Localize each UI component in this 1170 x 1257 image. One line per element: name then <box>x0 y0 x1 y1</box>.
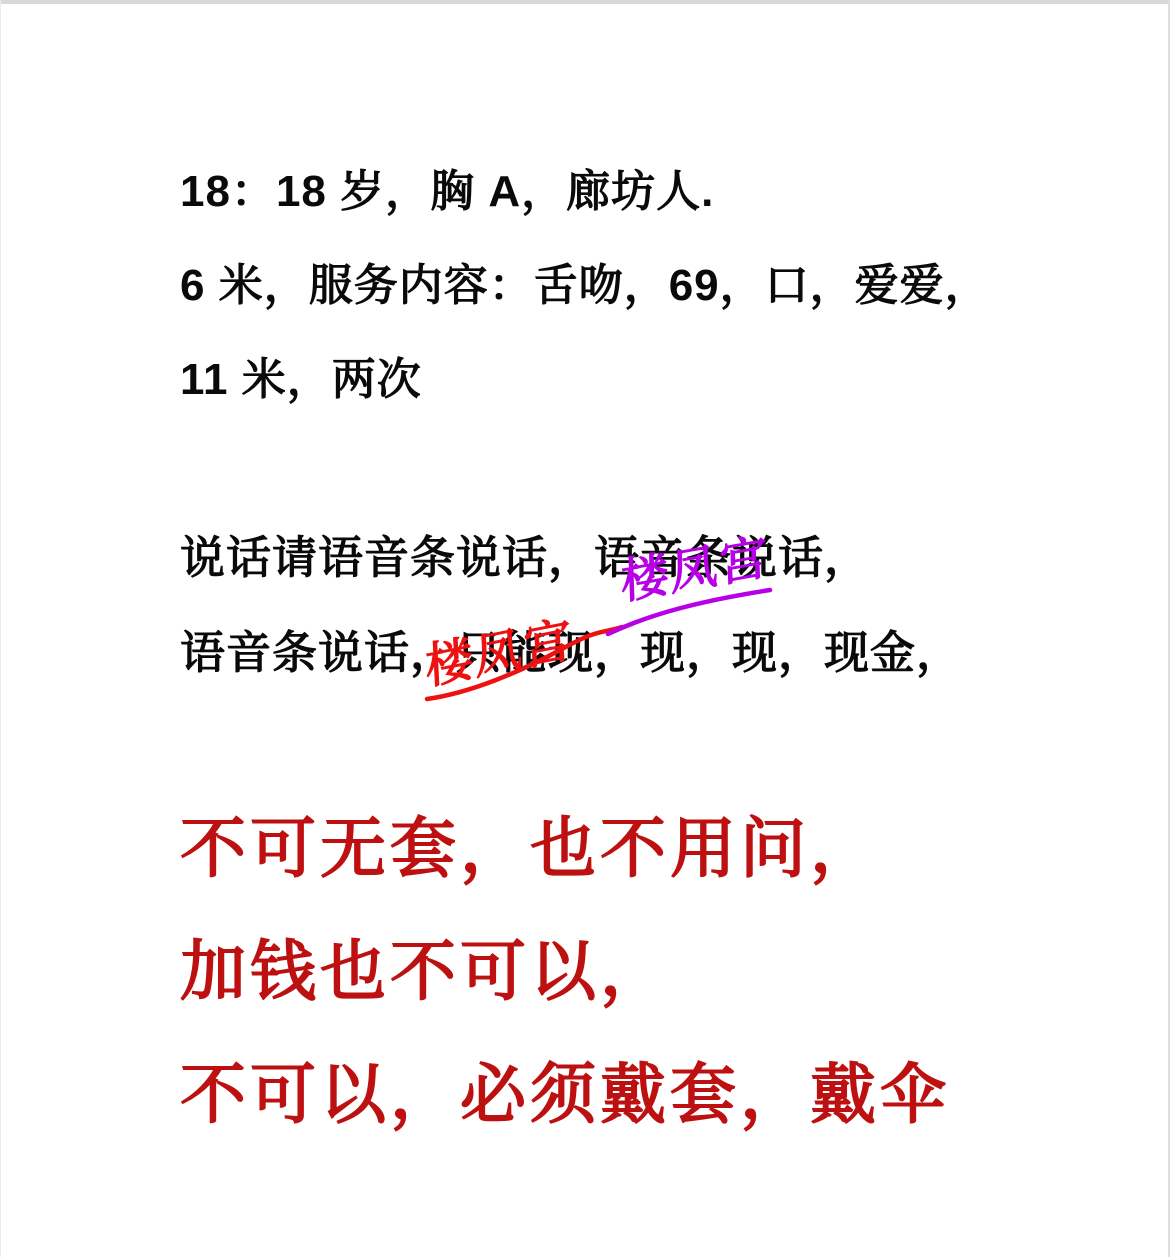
page: 18：18 岁，胸 A，廊坊人. 6 米，服务内容：舌吻，69，口，爱爱， 11… <box>0 0 1170 1257</box>
warning-line-1: 不可无套，也不用问， <box>180 787 950 910</box>
top-border-strip <box>0 0 1170 4</box>
left-border-line <box>0 0 1 1257</box>
voice-text-block: 说话请语音条说话，语音条说话， 语音条说话，只能现，现，现，现金， <box>180 510 962 700</box>
warning-line-3: 不可以，必须戴套，戴伞 <box>180 1033 950 1156</box>
warning-text-block: 不可无套，也不用问， 加钱也不可以， 不可以，必须戴套，戴伞 <box>180 787 950 1156</box>
info-line-1: 18：18 岁，胸 A，廊坊人. <box>180 145 990 239</box>
info-line-2: 6 米，服务内容：舌吻，69，口，爱爱， <box>180 239 990 333</box>
info-text-block: 18：18 岁，胸 A，廊坊人. 6 米，服务内容：舌吻，69，口，爱爱， 11… <box>180 145 990 427</box>
voice-line-1: 说话请语音条说话，语音条说话， <box>180 510 962 605</box>
warning-line-2: 加钱也不可以， <box>180 910 950 1033</box>
info-line-3: 11 米，两次 <box>180 333 990 427</box>
